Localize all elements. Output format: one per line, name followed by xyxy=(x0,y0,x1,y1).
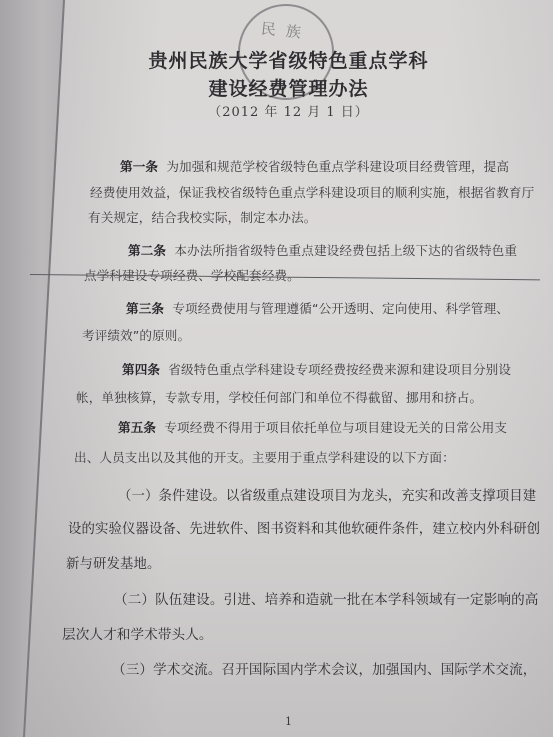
item-2-line-2: 层次人才和学术带头人。 xyxy=(62,623,213,643)
item-3-line-1: （三）学术交流。召开国际国内学术会议，加强国内、国际学术交流， xyxy=(112,658,537,678)
article-1-line-2: 经费使用效益，保证我校省级特色重点学科建设项目的顺利实施，根据省教育厅 xyxy=(90,182,534,201)
item-1-line-3: 新与研发基地。 xyxy=(66,553,160,572)
article-1-line-3: 有关规定，结合我校实际，制定本办法。 xyxy=(88,207,317,226)
article-5-line-2: 出、人员支出以及其他的开支。主要用于重点学科建设的以下方面： xyxy=(74,447,455,466)
article-4-line-2: 帐，单独核算，专款专用，学校任何部门和单位不得截留、挪用和挤占。 xyxy=(76,387,482,406)
article-5-label: 第五条 xyxy=(118,420,156,435)
article-3-line-2: 考评绩效”的原则。 xyxy=(82,325,190,344)
document-date: （2012 年 12 月 1 日） xyxy=(12,101,553,120)
article-2-label: 第二条 xyxy=(128,243,166,258)
article-5-line-1: 第五条 专项经费不得用于项目依托单位与项目建设无关的日常公用支 xyxy=(118,417,507,436)
document-title-line1: 贵州民族大学省级特色重点学科 xyxy=(12,46,553,73)
article-1-label: 第一条 xyxy=(120,159,158,174)
article-4-label: 第四条 xyxy=(122,362,160,377)
article-2-line-1: 第二条 本办法所指省级特色重点建设经费包括上级下达的省级特色重 xyxy=(128,240,517,259)
item-1-line-1: （一）条件建设。以省级重点建设项目为龙头，充实和改善支撑项目建 xyxy=(118,485,536,504)
item-1-line-2: 设的实验仪器设备、先进软件、图书资料和其他软硬件条件，建立校内外科研创 xyxy=(68,518,540,537)
article-3-line-1: 第三条 专项经费使用与管理遵循“公开透明、定向使用、科学管理、 xyxy=(126,298,509,317)
article-4-line-1: 第四条 省级特色重点学科建设专项经费按经费来源和建设项目分别设 xyxy=(122,359,511,378)
page-number: 1 xyxy=(285,715,292,728)
article-1-line-1: 第一条 为加强和规范学校省级特色重点学科建设项目经费管理，提高 xyxy=(120,156,509,175)
stamp-text: 民族 xyxy=(239,15,333,46)
item-2-line-1: （二）队伍建设。引进、培养和造就一批在本学科领域有一定影响的高 xyxy=(114,588,539,608)
article-3-label: 第三条 xyxy=(126,301,164,316)
document-title-line2: 建设经费管理办法 xyxy=(12,74,553,101)
